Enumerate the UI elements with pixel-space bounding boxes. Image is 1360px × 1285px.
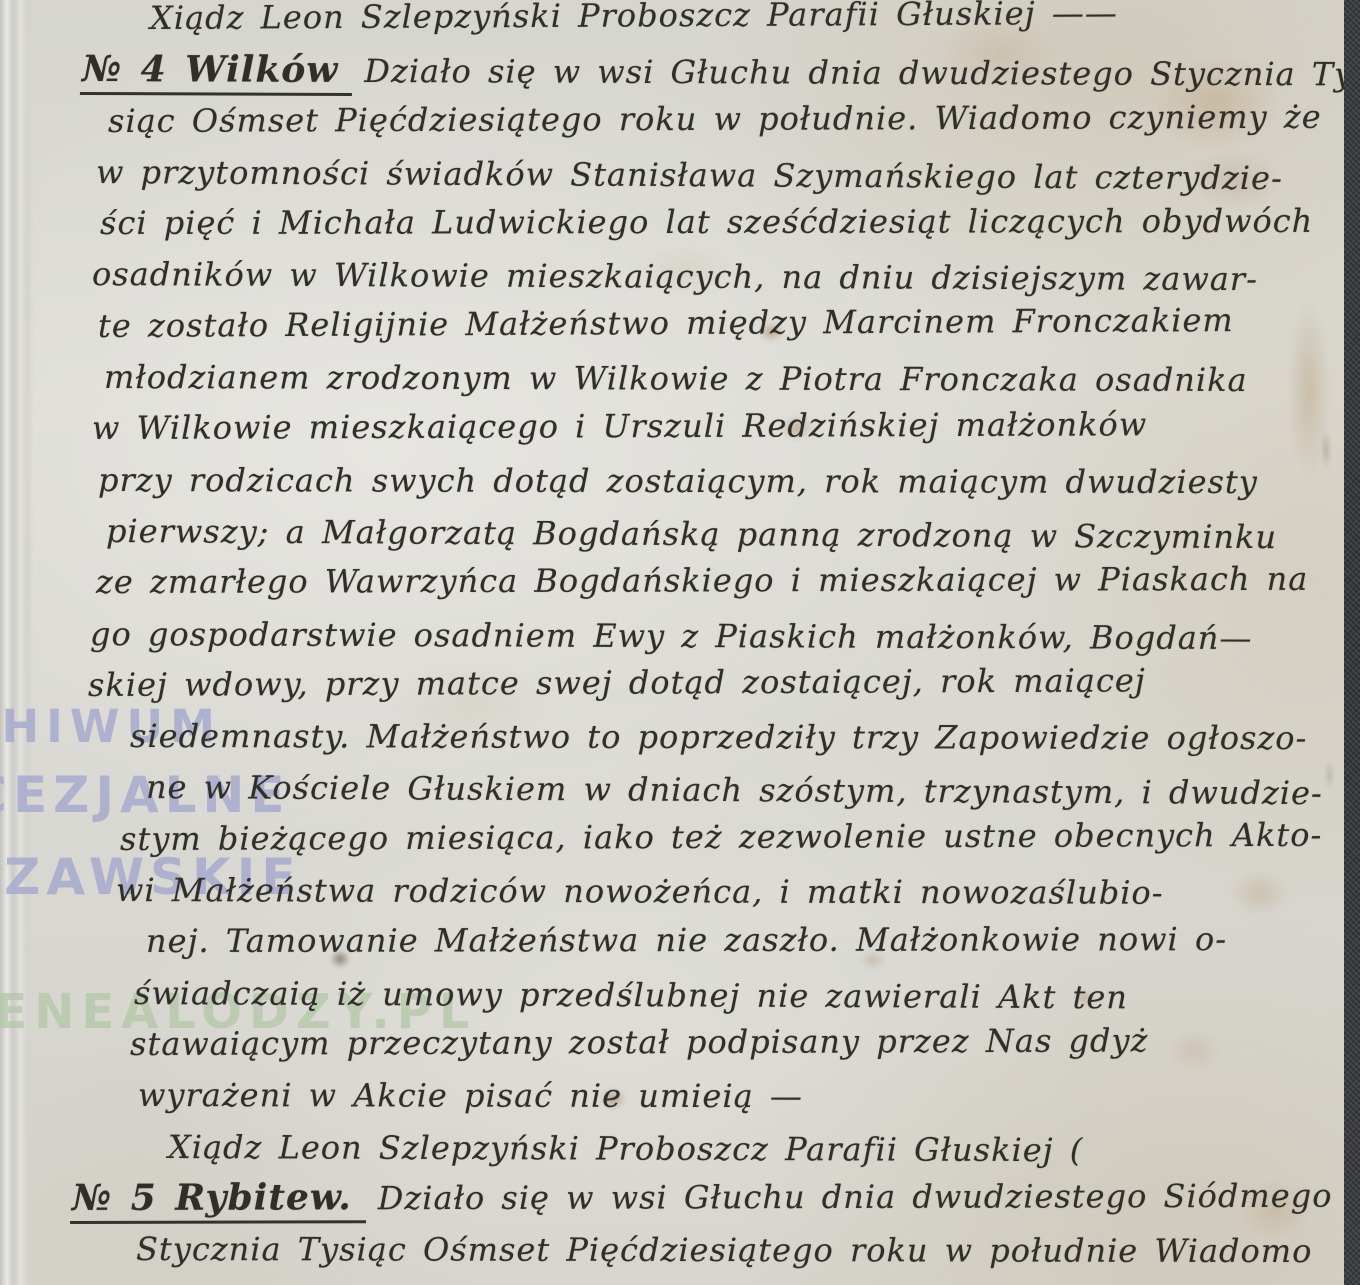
manuscript-line-text: przy rodzicach swych dotąd zostaiącym, r… (98, 461, 1258, 501)
manuscript-line: siedemnasty. Małżeństwo to poprzedziły t… (130, 711, 1330, 764)
manuscript-line-text: stawaiącym przeczytany został podpisany … (130, 1021, 1149, 1063)
book-binding (1344, 0, 1360, 1285)
manuscript-page: ARCHIWUM DIECEZJALNE WARSZAWSKIE GENEALO… (0, 0, 1360, 1285)
manuscript-line-text: świadczaią iż umowy przedślubnej nie zaw… (134, 974, 1128, 1016)
text-layer: Xiądz Leon Szlepzyński Proboszcz Parafii… (0, 0, 1330, 1275)
manuscript-line-text: siąc Ośmset Pięćdziesiątego roku w połud… (108, 97, 1322, 139)
manuscript-line: wi Małżeństwa rodziców nowożeńca, i matk… (116, 865, 1330, 919)
manuscript-line-text: Działo się w wsi Głuchu dnia dwudziesteg… (364, 52, 1360, 93)
manuscript-line-text: Działo się w wsi Głuchu dnia dwudziesteg… (378, 1177, 1333, 1217)
manuscript-line: stym bieżącego miesiąca, iako też zezwol… (120, 810, 1330, 866)
manuscript-line: te zostało Religijnie Małżeństwo między … (98, 294, 1330, 352)
manuscript-line: Xiądz Leon Szlepzyński Proboszcz Parafii… (150, 0, 1330, 44)
entry-heading: № 4 Wilków (80, 48, 353, 96)
manuscript-line: siąc Ośmset Pięćdziesiątego roku w połud… (108, 91, 1330, 147)
manuscript-line-text: pierwszy; a Małgorzatą Bogdańską panną z… (106, 512, 1277, 556)
manuscript-line-text: Xiądz Leon Szlepzyński Proboszcz Parafii… (168, 1128, 1083, 1169)
manuscript-line-text: młodzianem zrodzonym w Wilkowie z Piotra… (104, 358, 1248, 399)
manuscript-line-text: wi Małżeństwa rodziców nowożeńca, i matk… (116, 871, 1164, 912)
manuscript-line-text: ne w Kościele Głuskiem w dniach szóstym,… (146, 768, 1323, 812)
manuscript-line: Xiądz Leon Szlepzyński Proboszcz Parafii… (168, 1122, 1330, 1177)
manuscript-line-text: go gospodarstwie osadniem Ewy z Piaskich… (90, 615, 1253, 657)
manuscript-line-text: w Wilkowie mieszkaiącego i Urszuli Redzi… (92, 406, 1147, 448)
manuscript-line: nej. Tamowanie Małżeństwa nie zaszło. Ma… (146, 914, 1330, 967)
manuscript-line-text: osadników w Wilkowie mieszkaiących, na d… (92, 255, 1258, 298)
manuscript-line-text: siedemnasty. Małżeństwo to poprzedziły t… (130, 717, 1307, 757)
manuscript-line: ze zmarłego Wawrzyńca Bogdańskiego i mie… (96, 554, 1330, 609)
manuscript-line: w Wilkowie mieszkaiącego i Urszuli Redzi… (92, 399, 1330, 455)
entry-heading: № 5 Rybitew. (70, 1176, 366, 1224)
manuscript-line: № 5 Rybitew.Działo się w wsi Głuchu dnia… (70, 1170, 1330, 1225)
manuscript-line: skiej wdowy, przy matce swej dotąd zosta… (88, 654, 1330, 711)
manuscript-line-text: w przytomności świadków Stanisława Szyma… (96, 153, 1283, 197)
manuscript-line: Stycznia Tysiąc Ośmset Pięćdziesiątego r… (136, 1224, 1330, 1277)
manuscript-line-text: Stycznia Tysiąc Ośmset Pięćdziesiątego r… (136, 1230, 1313, 1270)
manuscript-line-text: wyrażeni w Akcie pisać nie umieią — (138, 1076, 803, 1115)
manuscript-line-text: skiej wdowy, przy matce swej dotąd zosta… (88, 661, 1146, 704)
manuscript-line: ści pięć i Michała Ludwickiego lat sześć… (100, 196, 1330, 249)
manuscript-line-text: nej. Tamowanie Małżeństwa nie zaszło. Ma… (146, 920, 1227, 960)
manuscript-line: stawaiącym przeczytany został podpisany … (130, 1015, 1330, 1070)
manuscript-line: wyrażeni w Akcie pisać nie umieią — (138, 1070, 1330, 1123)
manuscript-line-text: te zostało Religijnie Małżeństwo między … (98, 301, 1234, 345)
page-edge-right (1248, 0, 1348, 1285)
manuscript-line: przy rodzicach swych dotąd zostaiącym, r… (98, 455, 1330, 508)
manuscript-line-text: Xiądz Leon Szlepzyński Proboszcz Parafii… (150, 0, 1118, 37)
manuscript-line-text: stym bieżącego miesiąca, iako też zezwol… (120, 816, 1322, 858)
manuscript-line-text: ści pięć i Michała Ludwickiego lat sześć… (100, 202, 1313, 242)
manuscript-line-text: ze zmarłego Wawrzyńca Bogdańskiego i mie… (96, 560, 1308, 601)
